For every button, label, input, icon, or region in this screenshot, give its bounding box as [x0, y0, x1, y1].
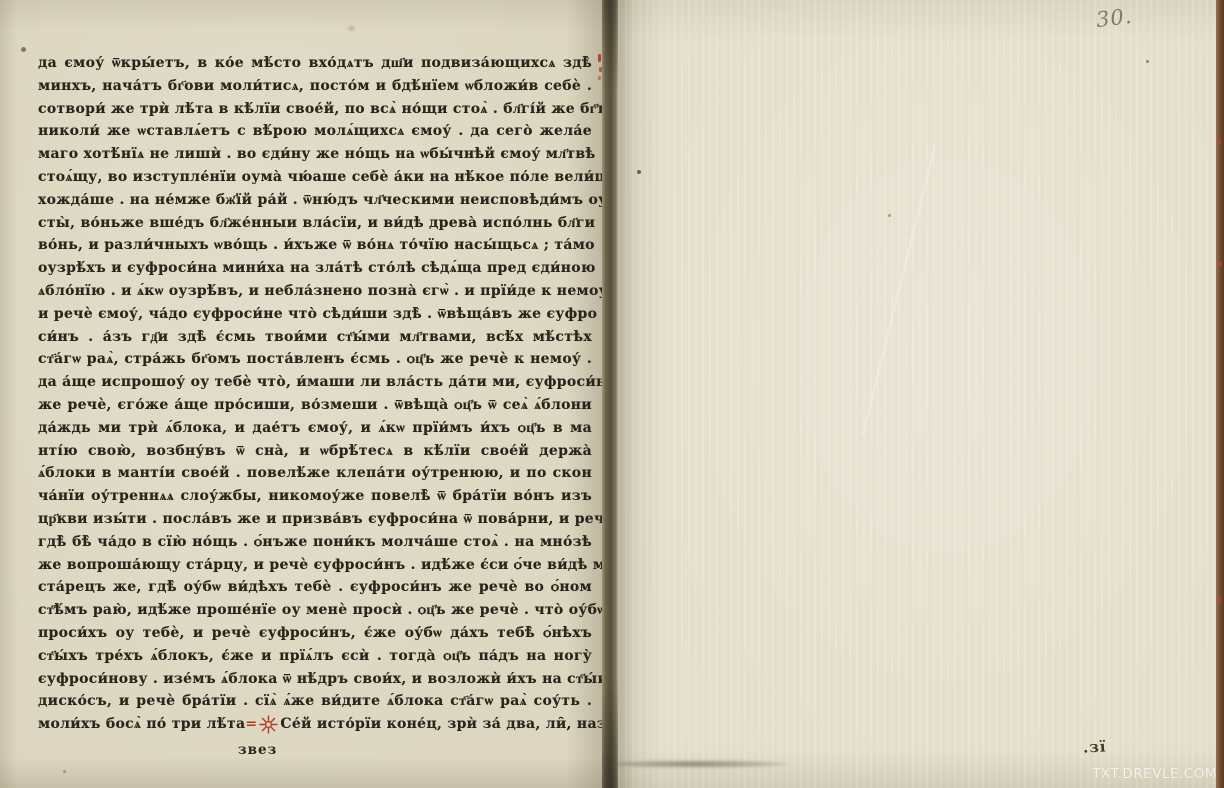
- manuscript-line: ѧ́блоки в манті́и свое́й . повелѣ́же кле…: [38, 462, 592, 485]
- book-spread: да ємоу́ ѿкры́етъ, в ко́е мѣ́сто вхо́дѧт…: [0, 0, 1224, 788]
- ink-speck: [888, 214, 891, 217]
- manuscript-line: ѧбло́нїю . и ѧ́кѡ оузрѣ́въ, и небла́знен…: [38, 280, 592, 303]
- manuscript-line: єуфроси́нову . изе́мъ ѧ́блока ѿ нѣ́дръ с…: [38, 668, 592, 691]
- manuscript-line: нті́ю свою̀, возбну́въ ѿ сна̀, и ѡбрѣ́те…: [38, 440, 592, 463]
- red-edge-speck: [1219, 262, 1222, 266]
- red-double-dash: =: [245, 713, 257, 736]
- pencil-smudge: [618, 760, 788, 768]
- final-line-pre: моли́хъ босѧ̀ по́ три лѣ́та: [38, 713, 245, 736]
- watermark: TXT.DREVLE.COM: [1092, 766, 1217, 782]
- manuscript-line: сты̀, во́ньже вше́дъ бл҃же́нныи вла́сїи,…: [38, 212, 592, 235]
- red-edge-speck: [598, 54, 601, 62]
- paper-streak: [673, 0, 674, 788]
- paper-stain: [348, 26, 355, 31]
- manuscript-line: ст҃а́гѡ раѧ̀, стра́жь бг҃омъ поста́вленъ…: [38, 348, 592, 371]
- manuscript-line: минхъ, нача́тъ бг҃ови моли́тисѧ, посто́м…: [38, 75, 592, 98]
- manuscript-line: ст҃ы́хъ тре́хъ ѧ́блокъ, є́же и прїѧ́лъ є…: [38, 645, 592, 668]
- paper-streak: [686, 40, 687, 740]
- book-gutter: [602, 0, 618, 788]
- manuscript-line: стоѧ́щу, во изступле́нїи оума̀ чю́аше се…: [38, 166, 592, 189]
- manuscript-line: да а́ще испрошоу́ оу тебѐ что̀, и́маши л…: [38, 371, 592, 394]
- manuscript-final-line: моли́хъ босѧ̀ по́ три лѣ́та = Се́й исто́…: [38, 713, 592, 736]
- manuscript-line: ст҃ѣ́мъ раю̀, идѣ́же проше́нїе оу менѐ п…: [38, 599, 592, 622]
- left-page: да ємоу́ ѿкры́етъ, в ко́е мѣ́сто вхо́дѧт…: [0, 0, 602, 788]
- red-edge-speck: [599, 67, 602, 72]
- manuscript-line: маго хотѣ́нїѧ не лишѝ . во єди́ну же но́…: [38, 143, 592, 166]
- paper-streak: [658, 0, 659, 788]
- manuscript-line: проси́хъ оу тебѐ, и речѐ єуфроси́нъ, є́ж…: [38, 622, 592, 645]
- manuscript-line: же речѐ, єго́же а́ще про́сиши, во́змеши …: [38, 394, 592, 417]
- pencil-page-number: 30.: [1095, 4, 1134, 32]
- manuscript-line: николи́ же ѡставлѧ́етъ с вѣ́рою молѧ́щих…: [38, 120, 592, 143]
- manuscript-line: оузрѣ́хъ и єуфроси́на мини́ха на зла́тѣ …: [38, 257, 592, 280]
- ink-speck: [21, 47, 26, 52]
- final-line-post: Се́й исто́рїи коне́ц, зрѝ за́ два, ли̑, …: [280, 713, 625, 736]
- manuscript-text: да ємоу́ ѿкры́етъ, в ко́е мѣ́сто вхо́дѧт…: [38, 52, 592, 736]
- manuscript-line: диско́съ, и речѐ бра́тїи . сїѧ̀ ѧ́же ви́…: [38, 690, 592, 713]
- manuscript-line: сотвори́ же трѝ лѣ́та в кѣ́лїи свое́й, п…: [38, 98, 592, 121]
- manuscript-line: ча́нїи оу́треннѧѧ слоу́жбы, никомоу́же п…: [38, 485, 592, 508]
- manuscript-line: да ємоу́ ѿкры́етъ, в ко́е мѣ́сто вхо́дѧт…: [38, 52, 592, 75]
- quire-signature: .зї: [1083, 737, 1107, 756]
- manuscript-line: да́ждь ми трѝ ѧ́блока, и дае́тъ ємоу́, и…: [38, 417, 592, 440]
- manuscript-line: и речѐ ємоу́, ча́до єуфроси́не что̀ сѣди…: [38, 303, 592, 326]
- red-star-ornament-icon: [259, 715, 278, 734]
- ink-speck: [63, 770, 66, 773]
- manuscript-line: си́нъ . а́зъ гд҃и здѣ̀ є́смь твои́ми ст҃…: [38, 326, 592, 349]
- red-edge-speck: [598, 76, 601, 80]
- paper-scratch: [862, 144, 936, 435]
- manuscript-line: во́нь, и разли́чныхъ ѡво́щь . и́хъже ѿ в…: [38, 234, 592, 257]
- ink-speck: [1146, 60, 1149, 63]
- right-page: 30. .зї: [618, 0, 1216, 788]
- manuscript-line: же вопроша́ющу ста́рцу, и речѐ єуфроси́н…: [38, 554, 592, 577]
- red-edge-speck: [1218, 140, 1221, 144]
- manuscript-line: гдѣ̀ бѣ̀ ча́до в сїю̀ но́щь . ѻ́нъже пон…: [38, 531, 592, 554]
- red-edge-speck: [1218, 598, 1221, 602]
- manuscript-line: ста́рецъ же, гдѣ̀ оу́бѡ ви́дѣхъ тебѐ . є…: [38, 576, 592, 599]
- catchword: звез: [238, 742, 277, 758]
- manuscript-line: цр҃кви изы́ти . посла́въ же и призва́въ …: [38, 508, 592, 531]
- book-fore-edge: [1216, 0, 1224, 788]
- manuscript-line: хожда́ше . на не́мже бж҃їй ра́й . ѿню́дъ…: [38, 189, 592, 212]
- ink-speck: [637, 170, 641, 174]
